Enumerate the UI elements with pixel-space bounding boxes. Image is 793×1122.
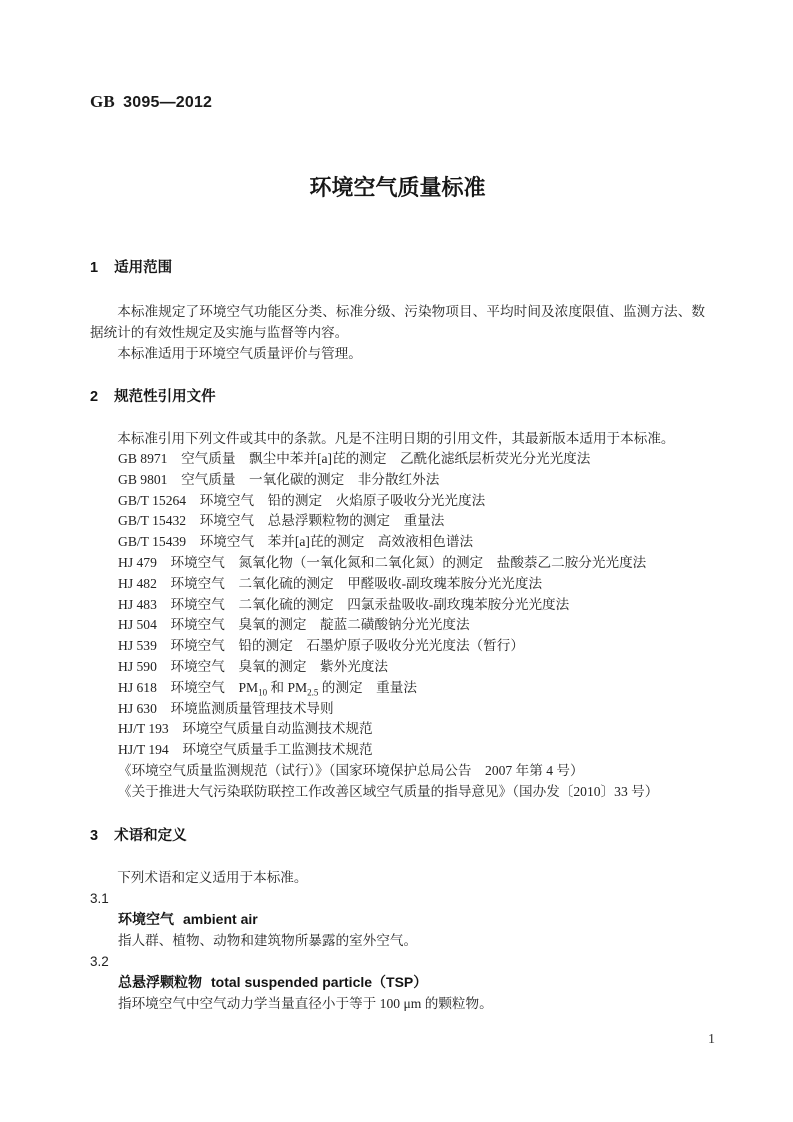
page-number: 1 — [90, 1030, 715, 1050]
document-title: 环境空气质量标准 — [90, 171, 705, 204]
term-zh: 总悬浮颗粒物 — [118, 974, 202, 990]
reference-pm-subscript: 10 — [258, 687, 267, 697]
reference-item: HJ 504 环境空气 臭氧的测定 靛蓝二磺酸钠分光光度法 — [118, 615, 705, 636]
reference-item: 《环境空气质量监测规范（试行）》（国家环境保护总局公告 2007 年第 4 号） — [118, 761, 705, 782]
reference-item: GB/T 15264 环境空气 铅的测定 火焰原子吸收分光光度法 — [118, 491, 705, 512]
reference-item: HJ 539 环境空气 铅的测定 石墨炉原子吸收分光光度法（暂行） — [118, 636, 705, 657]
reference-item: GB/T 15439 环境空气 苯并[a]芘的测定 高效液相色谱法 — [118, 532, 705, 553]
reference-item: GB 9801 空气质量 一氧化碳的测定 非分散红外法 — [118, 470, 705, 491]
section-1-heading: 1适用范围 — [90, 257, 705, 279]
term-definition: 指环境空气中空气动力学当量直径小于等于 100 μm 的颗粒物。 — [90, 993, 705, 1014]
section-3-heading-label: 术语和定义 — [114, 828, 187, 844]
term-zh: 环境空气 — [118, 911, 174, 927]
page-content: GB 3095—2012 环境空气质量标准 1适用范围 本标准规定了环境空气功能… — [0, 92, 793, 1050]
references-list: GB 8971 空气质量 飘尘中苯并[a]芘的测定 乙酰化滤纸层析荧光分光光度法… — [90, 449, 705, 803]
section-1-paragraph-1: 本标准规定了环境空气功能区分类、标准分级、污染物项目、平均时间及浓度限值、监测方… — [90, 301, 705, 343]
section-1-heading-label: 适用范围 — [114, 260, 172, 276]
section-1-number: 1 — [90, 257, 98, 279]
reference-item: HJ 483 环境空气 二氧化硫的测定 四氯汞盐吸收-副玫瑰苯胺分光光度法 — [118, 595, 705, 616]
term-number: 3.2 — [90, 951, 705, 972]
section-2-heading: 2规范性引用文件 — [90, 386, 705, 408]
reference-pm-text: 和 PM — [267, 680, 307, 695]
section-1-paragraph-2: 本标准适用于环境空气质量评价与管理。 — [90, 343, 705, 364]
reference-item: GB/T 15432 环境空气 总悬浮颗粒物的测定 重量法 — [118, 511, 705, 532]
reference-item: GB 8971 空气质量 飘尘中苯并[a]芘的测定 乙酰化滤纸层析荧光分光光度法 — [118, 449, 705, 470]
doc-code-prefix: GB — [90, 92, 115, 111]
document-page: GB 3095—2012 环境空气质量标准 1适用范围 本标准规定了环境空气功能… — [0, 0, 793, 1122]
section-2-number: 2 — [90, 386, 98, 408]
term-en: ambient air — [183, 911, 258, 927]
reference-item: HJ 590 环境空气 臭氧的测定 紫外光度法 — [118, 657, 705, 678]
doc-code: GB 3095—2012 — [90, 92, 705, 113]
term-title: 环境空气ambient air — [90, 909, 705, 930]
reference-item: HJ/T 193 环境空气质量自动监测技术规范 — [118, 719, 705, 740]
reference-pm-text: 的测定 重量法 — [318, 680, 417, 695]
section-3-number: 3 — [90, 825, 98, 847]
reference-item: HJ 482 环境空气 二氧化硫的测定 甲醛吸收-副玫瑰苯胺分光光度法 — [118, 574, 705, 595]
section-2-heading-label: 规范性引用文件 — [114, 389, 216, 405]
reference-item-pm: HJ 618 环境空气 PM10 和 PM2.5 的测定 重量法 — [118, 678, 705, 699]
term-number: 3.1 — [90, 888, 705, 909]
term-title: 总悬浮颗粒物total suspended particle（TSP） — [90, 972, 705, 993]
section-2-intro: 本标准引用下列文件或其中的条款。凡是不注明日期的引用文件，其最新版本适用于本标准… — [90, 428, 705, 449]
reference-pm-subscript: 2.5 — [307, 687, 318, 697]
doc-code-number: 3095—2012 — [123, 94, 212, 111]
reference-item: 《关于推进大气污染联防联控工作改善区域空气质量的指导意见》（国办发〔2010〕3… — [118, 782, 705, 803]
term-definition: 指人群、植物、动物和建筑物所暴露的室外空气。 — [90, 930, 705, 951]
section-3-intro: 下列术语和定义适用于本标准。 — [90, 867, 705, 888]
term-en: total suspended particle（TSP） — [211, 974, 427, 990]
reference-item: HJ/T 194 环境空气质量手工监测技术规范 — [118, 740, 705, 761]
reference-item: HJ 479 环境空气 氮氧化物（一氧化氮和二氧化氮）的测定 盐酸萘乙二胺分光光… — [118, 553, 705, 574]
section-3-heading: 3术语和定义 — [90, 825, 705, 847]
reference-item: HJ 630 环境监测质量管理技术导则 — [118, 699, 705, 720]
reference-pm-text: HJ 618 环境空气 PM — [118, 680, 258, 695]
